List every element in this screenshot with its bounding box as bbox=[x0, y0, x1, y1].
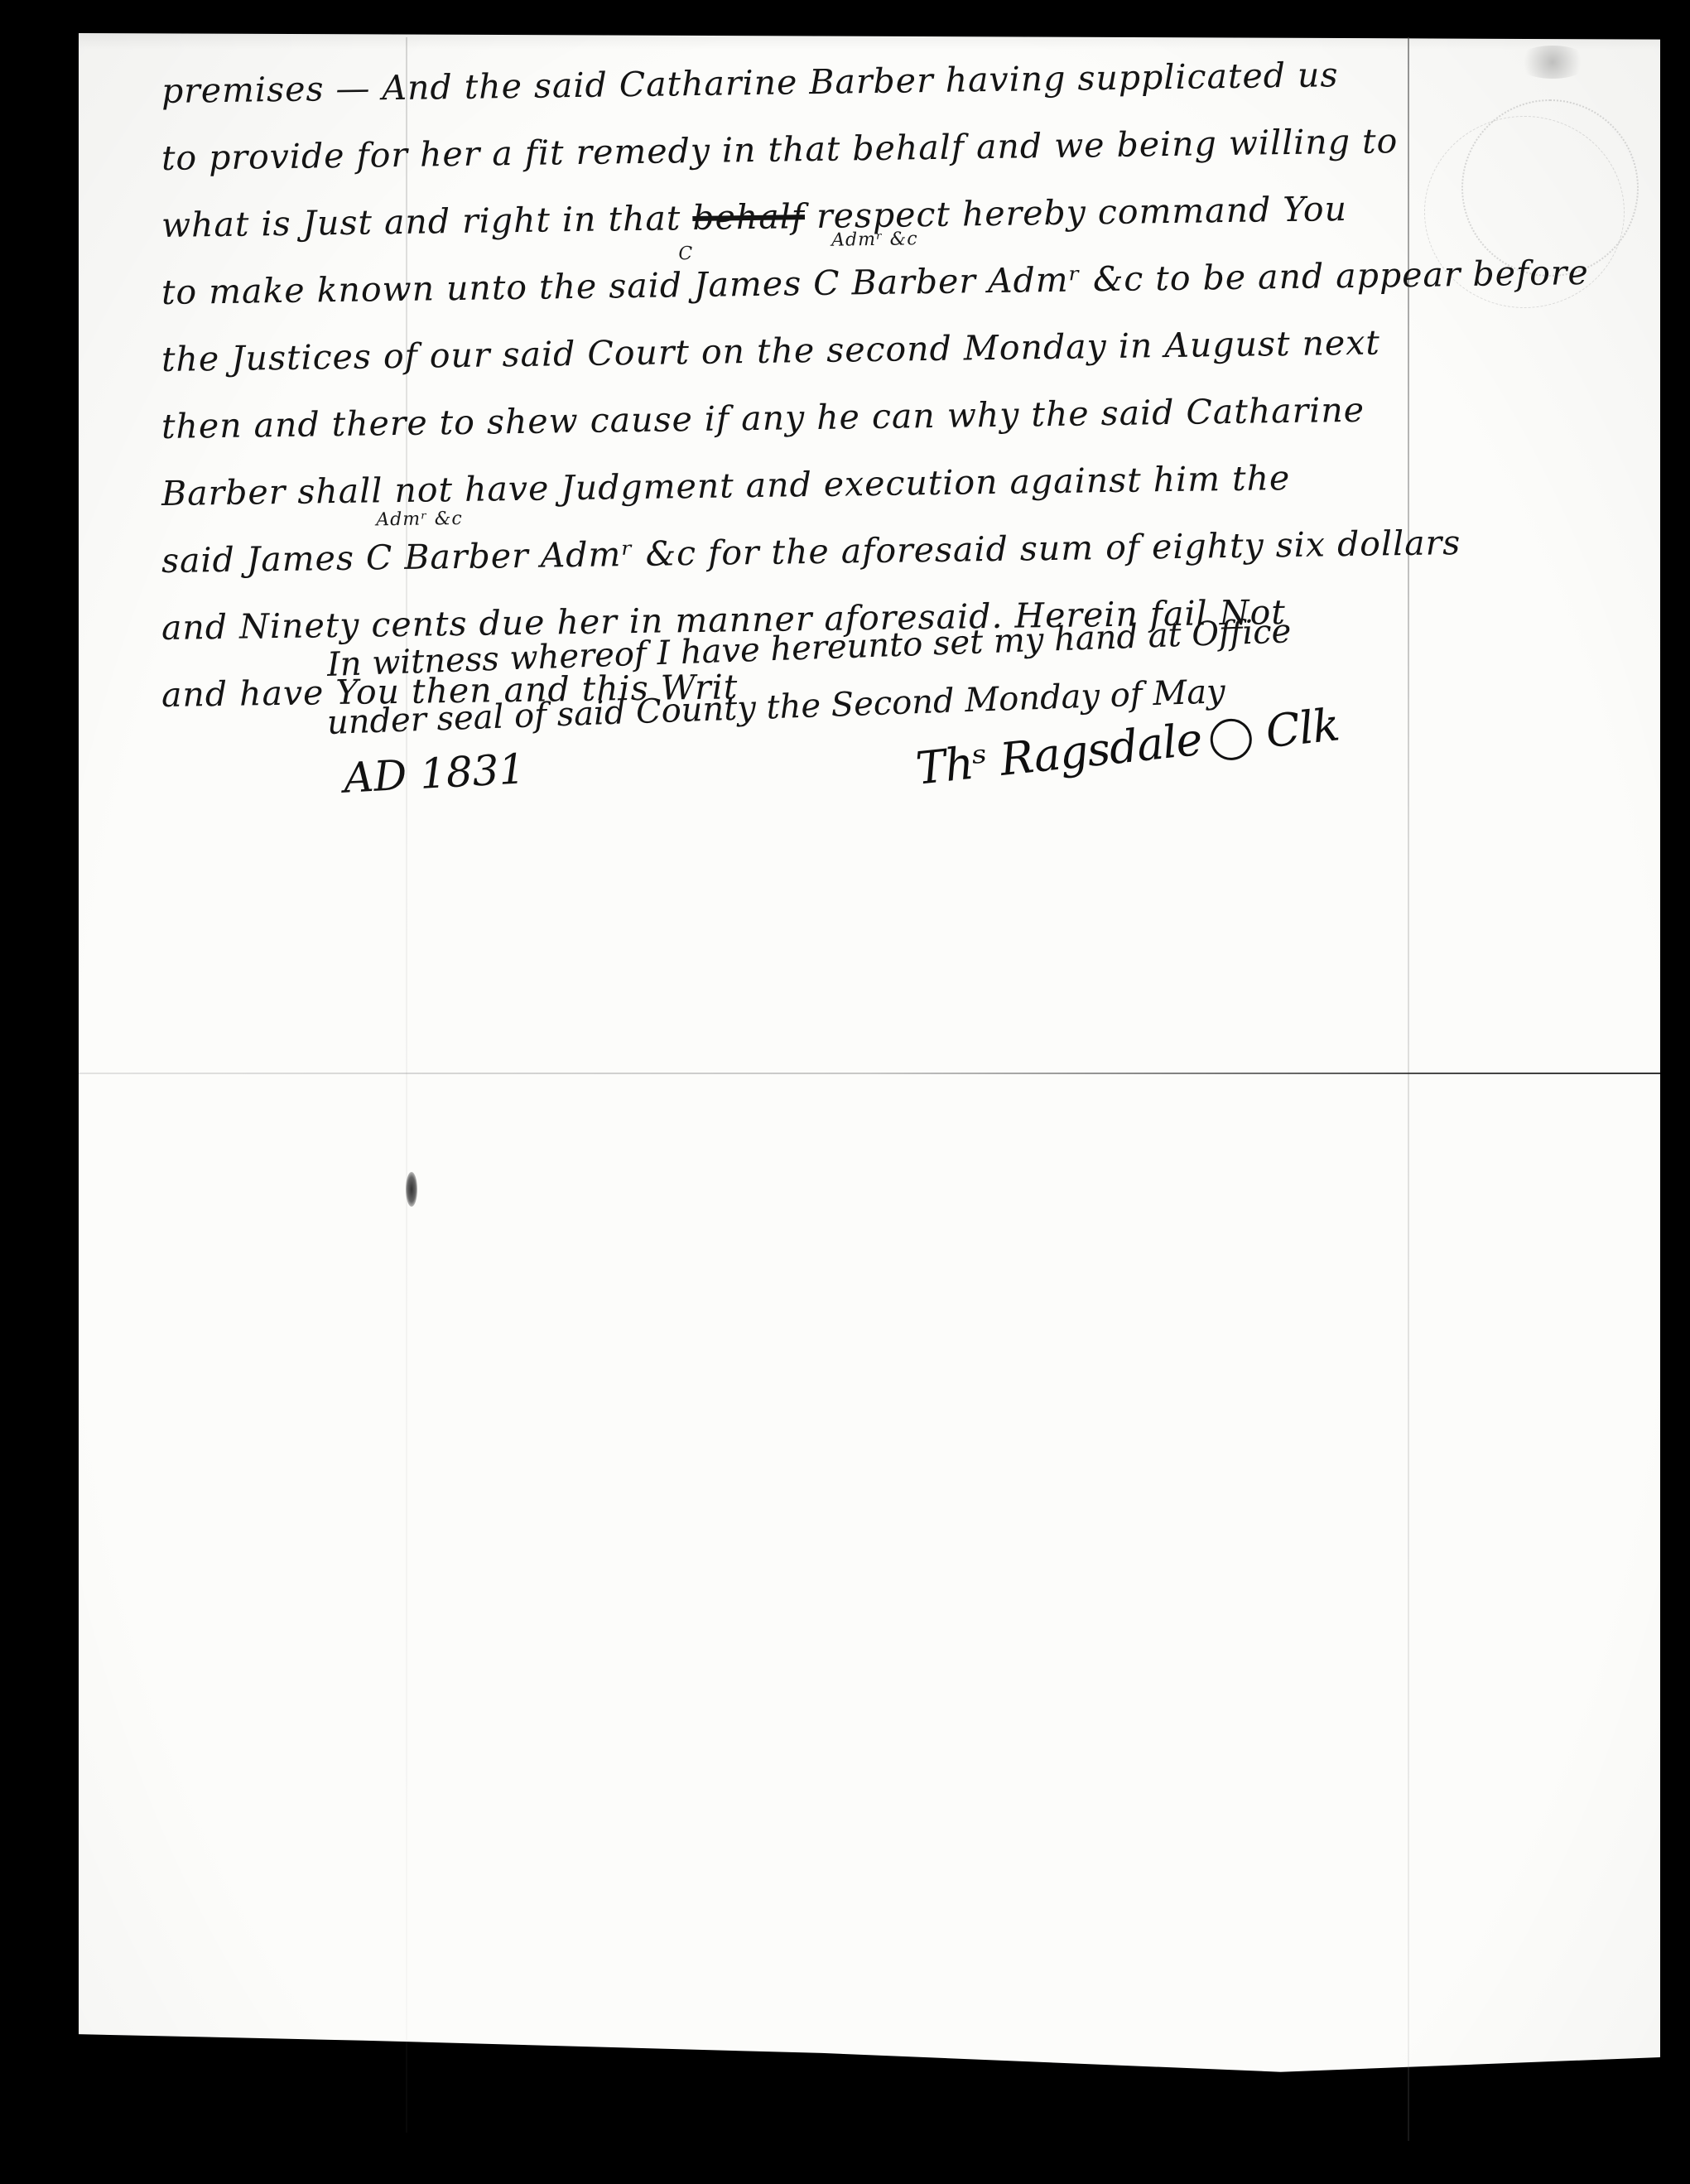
interlineation-administrator: Admʳ &c bbox=[831, 230, 918, 249]
ink-blot bbox=[406, 1172, 417, 1207]
line-text: the Justices of our said Court on the se… bbox=[161, 322, 1380, 379]
interlineation-administrator: Admʳ &c bbox=[376, 510, 463, 529]
line-text: Barber shall not have Judgment and execu… bbox=[161, 458, 1291, 513]
vertical-fold-line-right bbox=[1408, 37, 1409, 2141]
horizontal-fold-line bbox=[79, 1073, 1660, 1074]
signature-title: Clk bbox=[1264, 698, 1341, 758]
line-text: to provide for her a fit remedy in that … bbox=[161, 121, 1399, 178]
document-date: AD 1831 bbox=[343, 745, 527, 802]
line-text: said James C Barber Admʳ &c for the afor… bbox=[161, 523, 1461, 581]
line-text: then and there to shew cause if any he c… bbox=[161, 390, 1365, 446]
signature-flourish-icon bbox=[1208, 716, 1254, 762]
top-edge-smudge bbox=[1515, 46, 1590, 79]
interlineation-initial: C bbox=[678, 245, 693, 263]
line-text: premises — And the said Catharine Barber… bbox=[161, 55, 1339, 111]
line-text: what is Just and right in that bbox=[161, 198, 693, 245]
struck-out-word: behalf bbox=[692, 196, 805, 238]
